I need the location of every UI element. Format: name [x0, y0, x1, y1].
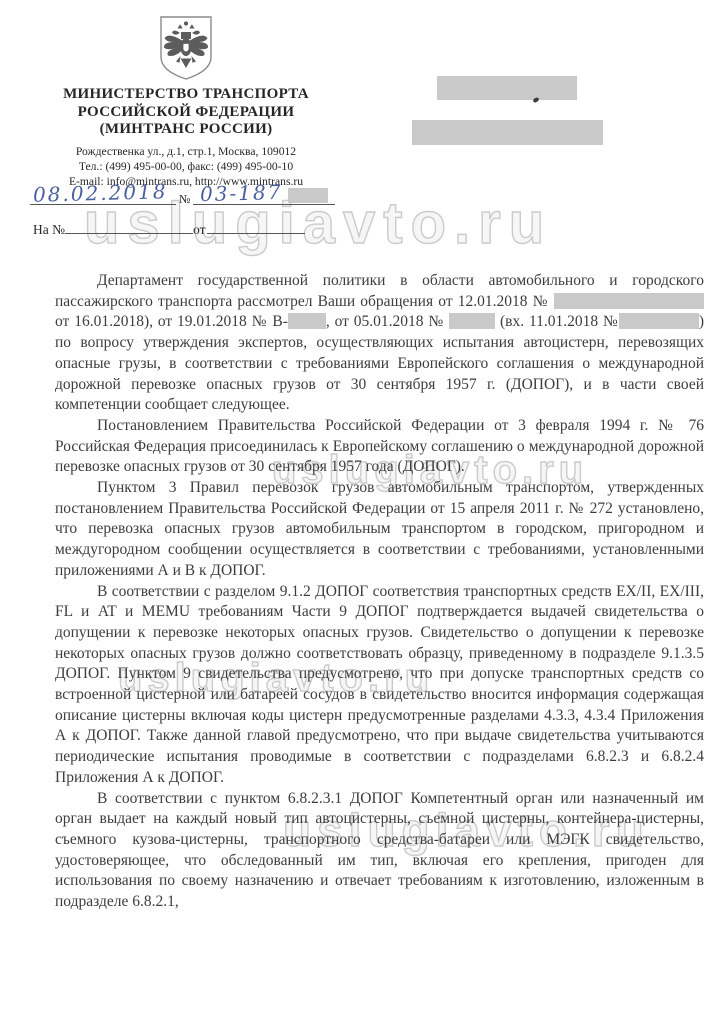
ministry-name: МИНИСТЕРСТВО ТРАНСПОРТА РОССИЙСКОЙ ФЕДЕР…	[30, 86, 342, 139]
ministry-name-line3: (МИНТРАНС РОССИИ)	[30, 121, 342, 139]
reply-number-blank	[65, 219, 193, 234]
ministry-name-line1: МИНИСТЕРСТВО ТРАНСПОРТА	[30, 86, 342, 104]
reply-reference-line: На №от	[33, 219, 305, 238]
redaction-box	[288, 188, 328, 203]
outgoing-date-handwritten: 08.02.2018	[33, 179, 168, 207]
date-underline	[30, 204, 176, 205]
redaction-box	[288, 313, 326, 329]
reply-from-label: от	[193, 222, 205, 237]
number-underline	[193, 204, 335, 205]
paragraph: Пунктом 3 Правил перевозок грузов автомо…	[55, 478, 704, 582]
reply-prefix-label: На №	[33, 222, 65, 237]
postal-address: Рождественка ул., д.1, стр.1, Москва, 10…	[30, 144, 342, 159]
redaction-box	[619, 313, 699, 329]
paragraph: Департамент государственной политики в о…	[55, 271, 704, 416]
ministry-name-line2: РОССИЙСКОЙ ФЕДЕРАЦИИ	[30, 104, 342, 122]
paragraph: В соответствии с разделом 9.1.2 ДОПОГ со…	[55, 582, 704, 789]
ink-speck	[532, 97, 539, 103]
redaction-box-addressee-1	[437, 76, 577, 100]
letter-body: Департамент государственной политики в о…	[55, 271, 704, 913]
number-sign: №	[179, 192, 190, 207]
redaction-box	[554, 293, 704, 309]
paragraph: В соответствии с пунктом 6.8.2.3.1 ДОПОГ…	[55, 789, 704, 913]
phone-fax: Тел.: (499) 495-00-00, факс: (499) 495-0…	[30, 159, 342, 174]
paragraph: Постановлением Правительства Российской …	[55, 416, 704, 478]
outgoing-reference-block: 08.02.2018 № 03-187	[30, 183, 342, 209]
coat-of-arms-icon	[157, 14, 215, 82]
redaction-box	[449, 313, 495, 329]
letterhead: МИНИСТЕРСТВО ТРАНСПОРТА РОССИЙСКОЙ ФЕДЕР…	[30, 12, 342, 189]
redaction-box-addressee-2	[412, 120, 603, 145]
scanned-letter-page: uslugiavto.ru uslugiavto.ru uslugiavto.r…	[0, 0, 724, 1024]
outgoing-number-handwritten: 03-187	[200, 180, 283, 206]
reply-date-blank	[207, 219, 305, 234]
